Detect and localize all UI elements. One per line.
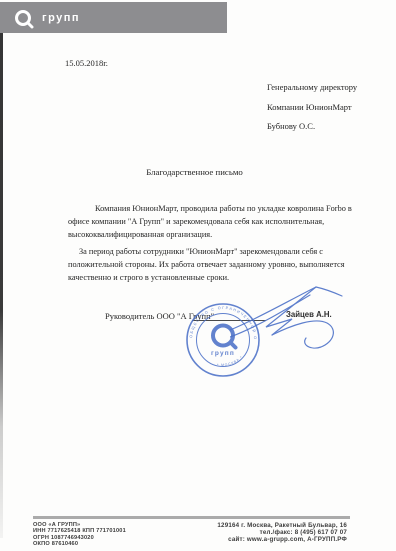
- recipient-block: Генеральному директору Компании ЮнионМар…: [267, 78, 357, 137]
- footer-line: сайт: www.a-grupp.com, А-ГРУПП.РФ: [190, 536, 347, 543]
- letter-body: Компания ЮнионМарт, проводила работы по …: [68, 202, 357, 284]
- letter-date: 15.05.2018г.: [65, 58, 108, 68]
- footer-line: тел./факс: 8 (495) 617 07 07: [190, 529, 347, 536]
- logo-a-mark-icon: [12, 6, 36, 30]
- footer-line: 129164 г. Москва, Ракетный Бульвар, 16: [190, 522, 347, 529]
- recipient-line: Компании ЮнионМарт: [267, 98, 357, 118]
- handwritten-signature: [230, 275, 375, 375]
- footer-contact-details: 129164 г. Москва, Ракетный Бульвар, 16 т…: [190, 522, 347, 544]
- company-logo: групп: [12, 6, 80, 30]
- footer-line: ИНН 7717625418 КПП 771701001: [33, 528, 126, 534]
- footer-line: ОКПО 87610460: [33, 541, 126, 547]
- letter-title: Благодарственное письмо: [0, 167, 389, 177]
- scanned-letter-page: групп 15.05.2018г. Генеральному директор…: [0, 0, 396, 551]
- header-bar: групп: [0, 2, 227, 33]
- logo-text: групп: [42, 12, 80, 24]
- recipient-line: Генеральному директору: [267, 78, 357, 98]
- footer-divider: [33, 516, 350, 519]
- paragraph: Компания ЮнионМарт, проводила работы по …: [68, 202, 357, 241]
- footer-company-details: ООО «А ГРУПП» ИНН 7717625418 КПП 7717010…: [33, 522, 126, 548]
- scan-edge-artifact: [0, 33, 3, 538]
- recipient-line: Бубнову О.С.: [267, 117, 357, 137]
